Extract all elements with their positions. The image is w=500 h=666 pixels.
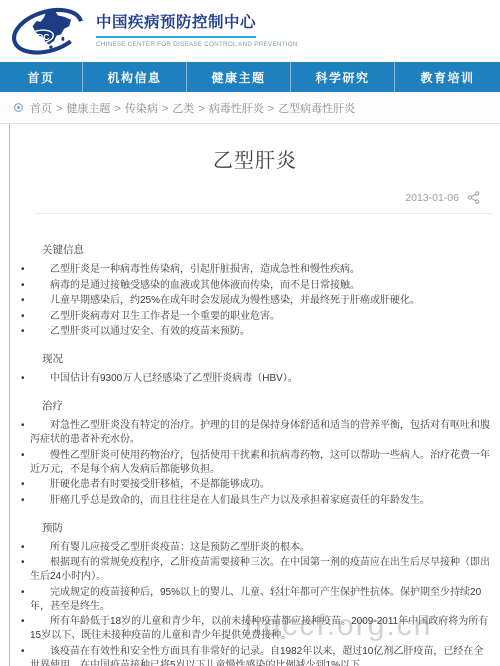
site-title: 中国疾病预防控制中心 xyxy=(96,14,298,32)
section-heading: 现况 xyxy=(42,352,500,366)
breadcrumb-link: 乙型病毒性肝炎 xyxy=(278,103,355,115)
bullet-list: 乙型肝炎是一种病毒性传染病，引起肝脏损害，造成急性和慢性疾病。病毒的是通过接触受… xyxy=(10,263,500,339)
bullet-list: 所有婴儿应接受乙型肝炎疫苗：这是预防乙型肝炎的根本。根据现有的常规免疫程序，乙肝… xyxy=(10,541,500,666)
breadcrumb: 首页>健康主题>传染病>乙类>病毒性肝炎>乙型病毒性肝炎 xyxy=(0,92,500,124)
bullet-item: 所有婴儿应接受乙型肝炎疫苗：这是预防乙型肝炎的根本。 xyxy=(30,541,492,555)
bullet-item: 乙型肝炎是一种病毒性传染病，引起肝脏损害，造成急性和慢性疾病。 xyxy=(30,263,492,277)
nav-item-1[interactable]: 首页 xyxy=(0,62,83,92)
page-title: 乙型肝炎 xyxy=(10,148,500,174)
nav-item-3[interactable]: 健康主题 xyxy=(187,62,291,92)
title-divider xyxy=(34,213,492,214)
breadcrumb-separator: > xyxy=(268,103,274,115)
article-section: 治疗对急性乙型肝炎没有特定的治疗。护理的目的是保持身体舒适和适当的营养平衡，包括… xyxy=(10,399,500,508)
article-body: 关键信息乙型肝炎是一种病毒性传染病，引起肝脏损害，造成急性和慢性疾病。病毒的是通… xyxy=(10,243,500,666)
bullet-list: 中国估计有9300万人已经感染了乙型肝炎病毒（HBV）。 xyxy=(10,372,500,386)
bullet-item: 所有年龄低于18岁的儿童和青少年，以前未接种疫苗都应接种疫苗。2009-2011… xyxy=(30,615,492,643)
breadcrumb-separator: > xyxy=(198,103,204,115)
cdc-logo[interactable]: CDC xyxy=(11,1,87,59)
section-heading: 预防 xyxy=(42,521,500,535)
breadcrumb-separator: > xyxy=(56,103,62,115)
brand-underline xyxy=(96,36,256,38)
section-heading: 治疗 xyxy=(42,399,500,413)
breadcrumb-link[interactable]: 病毒性肝炎 xyxy=(209,103,264,115)
breadcrumb-link[interactable]: 首页 xyxy=(30,103,52,115)
nav-item-4[interactable]: 科学研究 xyxy=(291,62,395,92)
bullet-item: 肝硬化患者有时要接受肝移植，不是都能够成功。 xyxy=(30,478,492,492)
breadcrumb-link[interactable]: 乙类 xyxy=(172,103,194,115)
article-card: 乙型肝炎 2013-01-06 关键信息乙型肝炎是一种病毒性传染病，引起肝脏损害… xyxy=(9,124,500,666)
article-meta: 2013-01-06 xyxy=(10,190,500,205)
brand-block: 中国疾病预防控制中心 CHINESE CENTER FOR DISEASE CO… xyxy=(96,14,298,48)
logo-acronym: CDC xyxy=(31,32,49,42)
article-section: 预防所有婴儿应接受乙型肝炎疫苗：这是预防乙型肝炎的根本。根据现有的常规免疫程序，… xyxy=(10,521,500,666)
bullet-item: 对急性乙型肝炎没有特定的治疗。护理的目的是保持身体舒适和适当的营养平衡，包括对有… xyxy=(30,419,492,447)
bullet-item: 乙型肝炎可以通过安全、有效的疫苗来预防。 xyxy=(30,325,492,339)
site-subtitle: CHINESE CENTER FOR DISEASE CONTROL AND P… xyxy=(96,41,298,48)
nav-item-2[interactable]: 机构信息 xyxy=(83,62,187,92)
bullet-item: 中国估计有9300万人已经感染了乙型肝炎病毒（HBV）。 xyxy=(30,372,492,386)
bullet-item: 慢性乙型肝炎可使用药物治疗，包括使用干扰素和抗病毒药物，这可以帮助一些病人。治疗… xyxy=(30,449,492,477)
breadcrumb-trail: 首页>健康主题>传染病>乙类>病毒性肝炎>乙型病毒性肝炎 xyxy=(30,100,355,116)
bullet-item: 病毒的是通过接触受感染的血液或其他体液而传染，而不是日常接触。 xyxy=(30,279,492,293)
bullet-item: 乙型肝炎病毒对卫生工作者是一个重要的职业危害。 xyxy=(30,310,492,324)
bullet-item: 根据现有的常规免疫程序，乙肝疫苗需要接种三次。在中国第一剂的疫苗应在出生后尽早接… xyxy=(30,556,492,584)
bullet-item: 肝癌几乎总是致命的，而且往往是在人们最具生产力以及承担着家庭责任的年龄发生。 xyxy=(30,494,492,508)
bullet-item: 儿童早期感染后，约25%在成年时会发展成为慢性感染，并最终死于肝癌或肝硬化。 xyxy=(30,294,492,308)
breadcrumb-link[interactable]: 传染病 xyxy=(125,103,158,115)
site-header: CDC 中国疾病预防控制中心 CHINESE CENTER FOR DISEAS… xyxy=(0,0,500,62)
bullet-item: 完成规定的疫苗接种后，95%以上的婴儿、儿童、轻壮年都可产生保护性抗体。保护期至… xyxy=(30,586,492,614)
share-button[interactable] xyxy=(467,191,480,204)
bullet-list: 对急性乙型肝炎没有特定的治疗。护理的目的是保持身体舒适和适当的营养平衡，包括对有… xyxy=(10,419,500,508)
breadcrumb-separator: > xyxy=(162,103,168,115)
share-icon xyxy=(467,191,480,204)
china-map-logo-icon: CDC xyxy=(11,1,87,59)
main-nav: 首页机构信息健康主题科学研究教育培训 xyxy=(0,62,500,92)
breadcrumb-separator: > xyxy=(114,103,120,115)
article-section: 关键信息乙型肝炎是一种病毒性传染病，引起肝脏损害，造成急性和慢性疾病。病毒的是通… xyxy=(10,243,500,339)
nav-item-5[interactable]: 教育培训 xyxy=(395,62,500,92)
section-heading: 关键信息 xyxy=(42,243,500,257)
article-section: 现况中国估计有9300万人已经感染了乙型肝炎病毒（HBV）。 xyxy=(10,352,500,386)
publish-date: 2013-01-06 xyxy=(405,192,459,204)
location-pin-icon xyxy=(13,102,24,113)
bullet-item: 该疫苗在有效性和安全性方面具有非常好的记录。自1982年以来，超过10亿剂乙肝疫… xyxy=(30,645,492,666)
breadcrumb-link[interactable]: 健康主题 xyxy=(66,103,110,115)
